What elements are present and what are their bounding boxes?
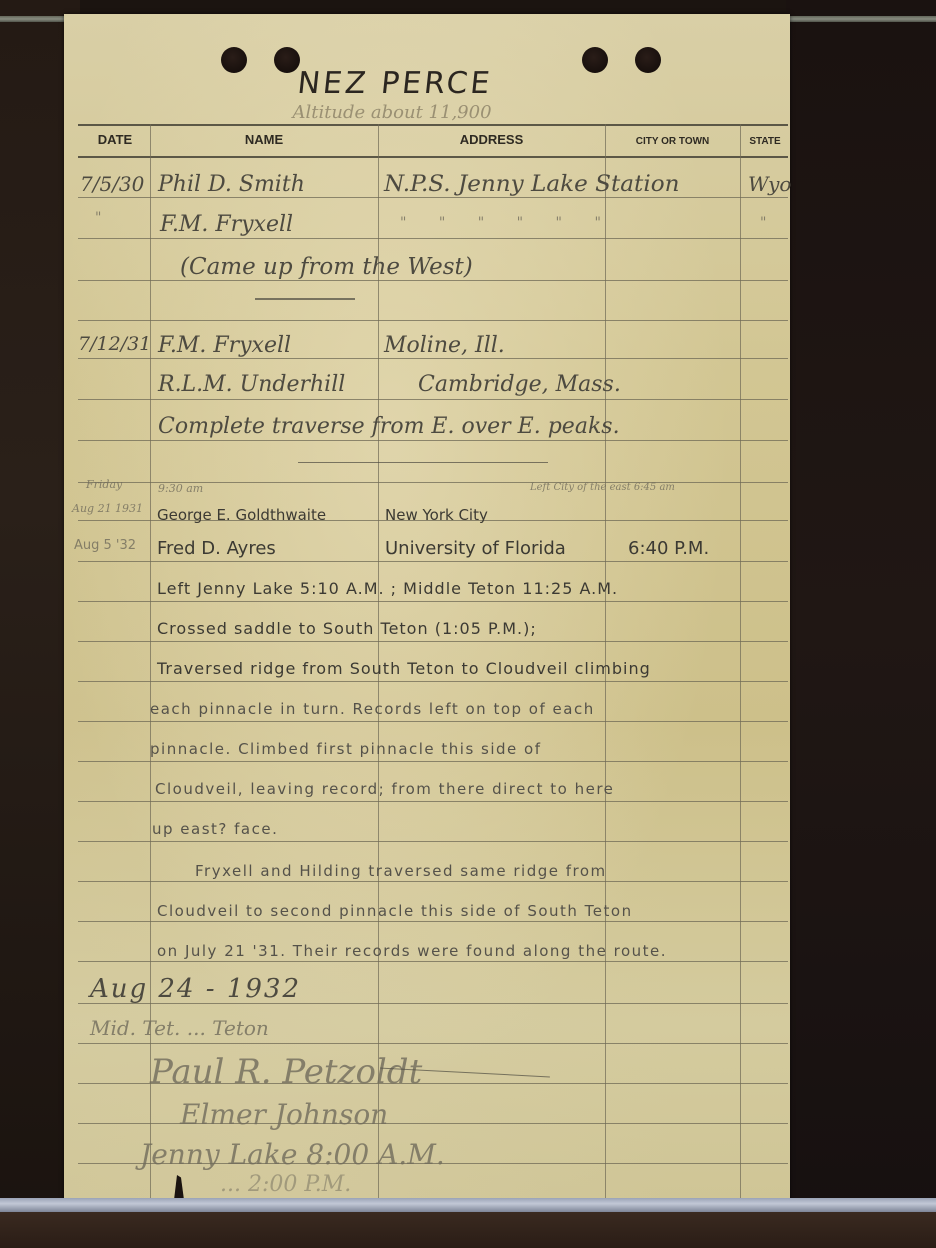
entry-name: George E. Goldthwaite xyxy=(157,506,326,524)
punch-hole xyxy=(635,47,661,73)
ruled-line xyxy=(78,601,788,602)
display-rail-bottom xyxy=(0,1198,936,1212)
ditto-mark: " xyxy=(95,210,101,226)
entry-city-note: Left City of the east 6:45 am xyxy=(530,482,675,493)
ruled-line xyxy=(78,1043,788,1044)
ruled-line xyxy=(78,561,788,562)
ditto-marks: " " " " " " xyxy=(400,215,615,231)
ruled-line xyxy=(78,921,788,922)
background-floor xyxy=(0,1212,936,1248)
entry-name: R.L.M. Underhill xyxy=(158,372,345,397)
entry-name: Phil D. Smith xyxy=(158,172,305,197)
ruled-line xyxy=(78,801,788,802)
ruled-line xyxy=(78,641,788,642)
ruled-line xyxy=(78,358,788,359)
ruled-line xyxy=(78,881,788,882)
column-header-state: STATE xyxy=(740,136,790,147)
altitude-note: Altitude about 11,900 xyxy=(212,102,572,123)
entry-date: Aug 21 1931 xyxy=(72,502,143,515)
column-rule xyxy=(150,124,151,1202)
ruled-line xyxy=(78,399,788,400)
entry-state: Wyo xyxy=(748,172,791,196)
entry-line: Mid. Tet. ... Teton xyxy=(90,1016,269,1040)
column-header-date: DATE xyxy=(80,132,150,147)
entry-name: F.M. Fryxell xyxy=(160,212,293,237)
ruled-line xyxy=(78,721,788,722)
entry-name: F.M. Fryxell xyxy=(158,333,291,358)
narrative-line: Cloudveil to second pinnacle this side o… xyxy=(157,902,633,920)
entry-address: Cambridge, Mass. xyxy=(418,372,621,397)
entry-day: Friday xyxy=(86,478,122,491)
entry-line: ... 2:00 P.M. xyxy=(220,1172,351,1197)
column-header-city: CITY OR TOWN xyxy=(605,136,740,147)
entry-note: Complete traverse from E. over E. peaks. xyxy=(158,414,620,439)
peak-title: NEZ PERCE xyxy=(228,66,562,101)
ruled-line xyxy=(78,197,788,198)
entry-date: 7/5/30 xyxy=(80,172,144,196)
narrative-line: Left Jenny Lake 5:10 A.M. ; Middle Teton… xyxy=(157,579,618,598)
ruled-line xyxy=(78,238,788,239)
entry-name: Fred D. Ayres xyxy=(157,538,276,559)
entry-date: Aug 24 - 1932 xyxy=(90,974,301,1004)
narrative-line: Fryxell and Hilding traversed same ridge… xyxy=(195,862,607,880)
pencil-stroke xyxy=(255,298,355,300)
entry-address: New York City xyxy=(385,506,488,524)
narrative-line: each pinnacle in turn. Records left on t… xyxy=(150,700,595,718)
entry-address: N.P.S. Jenny Lake Station xyxy=(384,172,680,197)
ruled-line xyxy=(78,320,788,321)
background-right xyxy=(786,0,936,1248)
ditto-mark: " xyxy=(760,215,766,231)
narrative-line: up east? face. xyxy=(152,820,278,838)
ruled-line xyxy=(78,280,788,281)
ruled-line xyxy=(78,440,788,441)
entry-address: Moline, Ill. xyxy=(384,333,505,358)
entry-signature: Elmer Johnson xyxy=(180,1098,388,1131)
narrative-line: Cloudveil, leaving record; from there di… xyxy=(155,780,614,798)
column-rule xyxy=(740,124,741,1202)
entry-address: University of Florida xyxy=(385,538,566,559)
ruled-line xyxy=(78,681,788,682)
ruled-line xyxy=(78,761,788,762)
narrative-line: Traversed ridge from South Teton to Clou… xyxy=(157,659,651,678)
pencil-stroke xyxy=(298,462,548,463)
entry-date: Aug 5 '32 xyxy=(74,538,136,553)
narrative-line: Crossed saddle to South Teton (1:05 P.M.… xyxy=(157,619,537,638)
narrative-line: pinnacle. Climbed first pinnacle this si… xyxy=(150,740,542,758)
entry-time-note: 9:30 am xyxy=(158,482,203,495)
header-rule-bottom xyxy=(78,156,788,158)
entry-time: 6:40 P.M. xyxy=(628,538,709,559)
entry-note: (Came up from the West) xyxy=(180,254,473,280)
narrative-line: on July 21 '31. Their records were found… xyxy=(157,942,667,960)
punch-hole xyxy=(582,47,608,73)
header-rule-top xyxy=(78,124,788,126)
entry-date: 7/12/31 xyxy=(78,333,151,355)
ruled-line xyxy=(78,841,788,842)
column-header-name: NAME xyxy=(150,132,378,147)
column-header-address: ADDRESS xyxy=(378,132,605,147)
entry-signature: Paul R. Petzoldt xyxy=(150,1052,422,1092)
entry-line: Jenny Lake 8:00 A.M. xyxy=(140,1138,445,1171)
ruled-line xyxy=(78,961,788,962)
